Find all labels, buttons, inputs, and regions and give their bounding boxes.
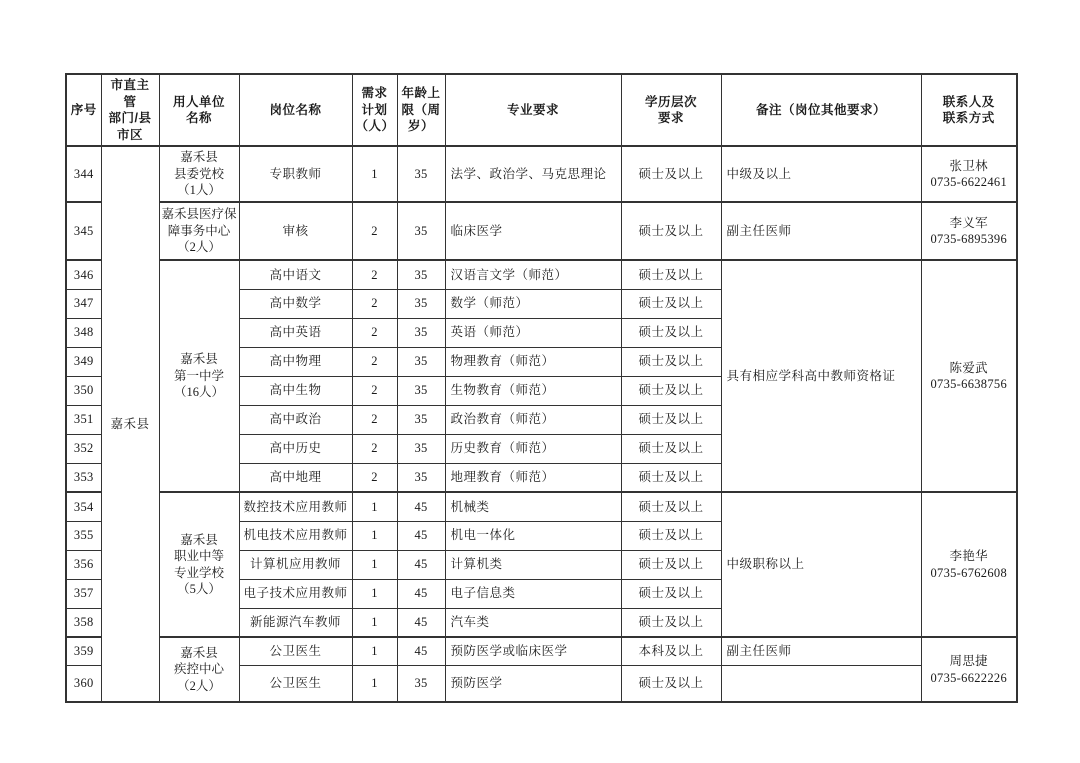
cell-index: 345 (66, 202, 101, 260)
cell-major: 汉语言文学（师范） (445, 260, 621, 289)
table-row: 354嘉禾县 职业中等 专业学校 （5人）数控技术应用教师145机械类硕士及以上… (66, 492, 1017, 521)
cell-position: 高中物理 (239, 347, 352, 376)
cell-education: 硕士及以上 (621, 463, 721, 492)
table-row: 359嘉禾县 疾控中心 （2人）公卫医生145预防医学或临床医学本科及以上副主任… (66, 637, 1017, 665)
cell-major: 机械类 (445, 492, 621, 521)
cell-education: 硕士及以上 (621, 318, 721, 347)
cell-major: 地理教育（师范） (445, 463, 621, 492)
cell-position: 数控技术应用教师 (239, 492, 352, 521)
cell-major: 政治教育（师范） (445, 405, 621, 434)
cell-major: 电子信息类 (445, 579, 621, 608)
recruitment-table: 序号市直主管 部门/县 市区用人单位 名称岗位名称需求 计划 （人）年龄上 限（… (65, 73, 1018, 703)
cell-education: 硕士及以上 (621, 347, 721, 376)
cell-index: 351 (66, 405, 101, 434)
cell-position: 高中英语 (239, 318, 352, 347)
cell-quota: 1 (352, 579, 397, 608)
cell-index: 357 (66, 579, 101, 608)
cell-position: 公卫医生 (239, 665, 352, 702)
cell-quota: 1 (352, 146, 397, 202)
table-row: 346嘉禾县 第一中学 （16人）高中语文235汉语言文学（师范）硕士及以上具有… (66, 260, 1017, 289)
cell-quota: 2 (352, 260, 397, 289)
cell-position: 计算机应用教师 (239, 550, 352, 579)
cell-education: 硕士及以上 (621, 492, 721, 521)
cell-age: 45 (397, 550, 445, 579)
cell-major: 生物教育（师范） (445, 376, 621, 405)
cell-contact: 张卫林 0735-6622461 (921, 146, 1017, 202)
cell-position: 审核 (239, 202, 352, 260)
cell-age: 35 (397, 376, 445, 405)
cell-contact: 李艳华 0735-6762608 (921, 492, 1017, 637)
cell-major: 预防医学 (445, 665, 621, 702)
cell-position: 公卫医生 (239, 637, 352, 665)
cell-major: 法学、政治学、马克思理论 (445, 146, 621, 202)
cell-quota: 1 (352, 492, 397, 521)
column-header-employer: 用人单位 名称 (159, 74, 239, 146)
column-header-education: 学历层次 要求 (621, 74, 721, 146)
cell-quota: 2 (352, 376, 397, 405)
cell-index: 360 (66, 665, 101, 702)
cell-age: 45 (397, 521, 445, 550)
cell-major: 汽车类 (445, 608, 621, 637)
cell-remarks: 具有相应学科高中教师资格证 (721, 260, 921, 492)
cell-quota: 2 (352, 318, 397, 347)
cell-index: 352 (66, 434, 101, 463)
cell-employer: 嘉禾县 职业中等 专业学校 （5人） (159, 492, 239, 637)
cell-index: 359 (66, 637, 101, 665)
cell-quota: 1 (352, 521, 397, 550)
cell-contact: 李义军 0735-6895396 (921, 202, 1017, 260)
cell-remarks: 副主任医师 (721, 637, 921, 665)
cell-education: 本科及以上 (621, 637, 721, 665)
cell-quota: 1 (352, 550, 397, 579)
cell-quota: 2 (352, 463, 397, 492)
cell-index: 350 (66, 376, 101, 405)
cell-index: 355 (66, 521, 101, 550)
cell-remarks: 副主任医师 (721, 202, 921, 260)
cell-index: 353 (66, 463, 101, 492)
column-header-position: 岗位名称 (239, 74, 352, 146)
cell-quota: 2 (352, 405, 397, 434)
cell-index: 356 (66, 550, 101, 579)
cell-age: 35 (397, 202, 445, 260)
cell-remarks: 中级及以上 (721, 146, 921, 202)
cell-employer: 嘉禾县 疾控中心 （2人） (159, 637, 239, 702)
cell-quota: 1 (352, 608, 397, 637)
column-header-age: 年龄上 限（周 岁） (397, 74, 445, 146)
cell-education: 硕士及以上 (621, 608, 721, 637)
cell-age: 35 (397, 260, 445, 289)
cell-position: 高中语文 (239, 260, 352, 289)
cell-age: 35 (397, 665, 445, 702)
cell-quota: 2 (352, 434, 397, 463)
cell-index: 354 (66, 492, 101, 521)
cell-age: 35 (397, 434, 445, 463)
cell-position: 高中地理 (239, 463, 352, 492)
column-header-major: 专业要求 (445, 74, 621, 146)
cell-position: 高中历史 (239, 434, 352, 463)
cell-age: 35 (397, 405, 445, 434)
cell-position: 高中数学 (239, 289, 352, 318)
cell-quota: 1 (352, 665, 397, 702)
cell-age: 35 (397, 463, 445, 492)
cell-education: 硕士及以上 (621, 521, 721, 550)
cell-age: 35 (397, 318, 445, 347)
cell-major: 机电一体化 (445, 521, 621, 550)
cell-education: 硕士及以上 (621, 550, 721, 579)
cell-position: 专职教师 (239, 146, 352, 202)
cell-age: 35 (397, 289, 445, 318)
cell-employer: 嘉禾县医疗保 障事务中心 （2人） (159, 202, 239, 260)
cell-age: 45 (397, 608, 445, 637)
cell-major: 英语（师范） (445, 318, 621, 347)
table-row: 344嘉禾县嘉禾县 县委党校 （1人）专职教师135法学、政治学、马克思理论硕士… (66, 146, 1017, 202)
cell-position: 高中政治 (239, 405, 352, 434)
column-header-contact: 联系人及 联系方式 (921, 74, 1017, 146)
cell-education: 硕士及以上 (621, 146, 721, 202)
table-row: 345嘉禾县医疗保 障事务中心 （2人）审核235临床医学硕士及以上副主任医师李… (66, 202, 1017, 260)
cell-major: 预防医学或临床医学 (445, 637, 621, 665)
cell-quota: 2 (352, 289, 397, 318)
cell-employer: 嘉禾县 县委党校 （1人） (159, 146, 239, 202)
cell-contact: 陈爱武 0735-6638756 (921, 260, 1017, 492)
cell-quota: 2 (352, 347, 397, 376)
cell-position: 机电技术应用教师 (239, 521, 352, 550)
cell-education: 硕士及以上 (621, 405, 721, 434)
cell-position: 高中生物 (239, 376, 352, 405)
cell-position: 新能源汽车教师 (239, 608, 352, 637)
cell-major: 临床医学 (445, 202, 621, 260)
cell-age: 35 (397, 146, 445, 202)
cell-dept: 嘉禾县 (101, 146, 159, 702)
cell-position: 电子技术应用教师 (239, 579, 352, 608)
document-page: 序号市直主管 部门/县 市区用人单位 名称岗位名称需求 计划 （人）年龄上 限（… (0, 0, 1080, 763)
table-header: 序号市直主管 部门/县 市区用人单位 名称岗位名称需求 计划 （人）年龄上 限（… (66, 74, 1017, 146)
cell-education: 硕士及以上 (621, 665, 721, 702)
cell-education: 硕士及以上 (621, 376, 721, 405)
cell-education: 硕士及以上 (621, 579, 721, 608)
cell-index: 344 (66, 146, 101, 202)
cell-index: 347 (66, 289, 101, 318)
cell-employer: 嘉禾县 第一中学 （16人） (159, 260, 239, 492)
cell-education: 硕士及以上 (621, 202, 721, 260)
cell-contact: 周思捷 0735-6622226 (921, 637, 1017, 702)
column-header-quota: 需求 计划 （人） (352, 74, 397, 146)
cell-education: 硕士及以上 (621, 289, 721, 318)
cell-age: 35 (397, 347, 445, 376)
cell-education: 硕士及以上 (621, 260, 721, 289)
cell-index: 358 (66, 608, 101, 637)
cell-education: 硕士及以上 (621, 434, 721, 463)
column-header-index: 序号 (66, 74, 101, 146)
cell-remarks (721, 665, 921, 702)
column-header-dept: 市直主管 部门/县 市区 (101, 74, 159, 146)
cell-major: 计算机类 (445, 550, 621, 579)
table-body: 344嘉禾县嘉禾县 县委党校 （1人）专职教师135法学、政治学、马克思理论硕士… (66, 146, 1017, 702)
cell-major: 物理教育（师范） (445, 347, 621, 376)
cell-quota: 1 (352, 637, 397, 665)
header-row: 序号市直主管 部门/县 市区用人单位 名称岗位名称需求 计划 （人）年龄上 限（… (66, 74, 1017, 146)
cell-remarks: 中级职称以上 (721, 492, 921, 637)
cell-major: 历史教育（师范） (445, 434, 621, 463)
cell-age: 45 (397, 579, 445, 608)
cell-index: 346 (66, 260, 101, 289)
cell-index: 348 (66, 318, 101, 347)
cell-quota: 2 (352, 202, 397, 260)
cell-index: 349 (66, 347, 101, 376)
cell-age: 45 (397, 492, 445, 521)
cell-major: 数学（师范） (445, 289, 621, 318)
column-header-remarks: 备注（岗位其他要求） (721, 74, 921, 146)
cell-age: 45 (397, 637, 445, 665)
